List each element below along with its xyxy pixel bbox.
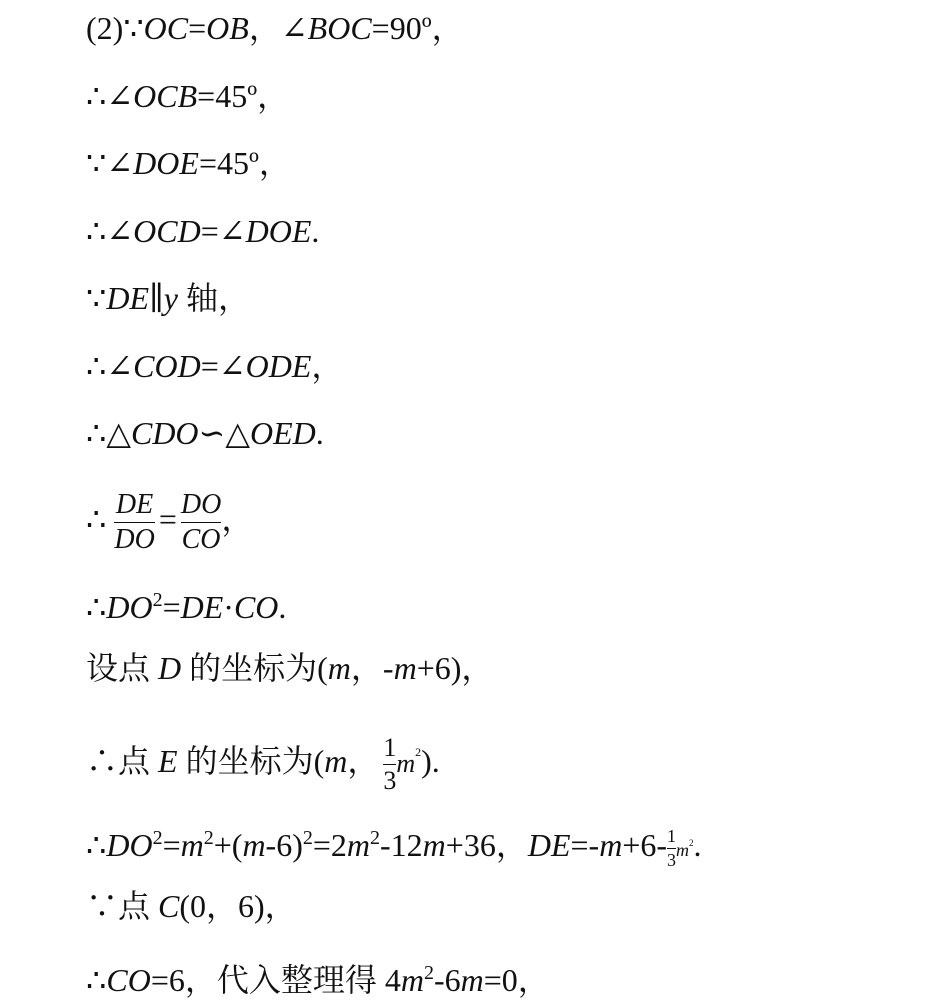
var: m: [328, 650, 351, 686]
text: +36，: [446, 827, 528, 863]
line-11: ∴点 E 的坐标为(m， 1 3 m2).: [86, 712, 440, 792]
text: =: [163, 827, 181, 863]
line-1: (2)∵OC=OB，∠BOC=90º，: [86, 8, 464, 48]
text: ，: [311, 348, 343, 384]
fraction-one-third: 1 3: [667, 826, 676, 870]
similar-symbol: ∽△: [199, 415, 250, 451]
line-3: ∵∠DOE=45º，: [86, 143, 291, 183]
var: DE: [106, 280, 149, 316]
text: =2: [313, 827, 347, 863]
text: =6，代入整理得 4: [151, 962, 401, 998]
line-8: ∴ DE DO = DO CO ，: [86, 484, 253, 554]
text: -6: [434, 962, 461, 998]
exponent: 2: [303, 827, 313, 849]
line-6: ∴∠COD=∠ODE，: [86, 346, 343, 386]
text: ，: [347, 743, 379, 779]
var: OED: [250, 415, 316, 451]
denominator: CO: [181, 524, 221, 556]
var: m: [242, 827, 265, 863]
text: =∠: [201, 348, 246, 384]
text: ∴: [86, 589, 106, 625]
text: ，-: [351, 650, 394, 686]
text: ∴△: [86, 415, 131, 451]
numerator: 1: [667, 826, 676, 847]
var: ODE: [246, 348, 312, 384]
text: ∵点: [86, 888, 158, 924]
var: OCB: [133, 78, 197, 114]
line-7: ∴△CDO∽△OED.: [86, 413, 324, 453]
var: CO: [234, 589, 278, 625]
denominator: DO: [114, 524, 154, 556]
var: m: [347, 827, 370, 863]
fraction-bar: [114, 522, 154, 523]
text: ，∠: [249, 10, 308, 46]
text: 的坐标为(: [178, 743, 325, 779]
text: ∴: [86, 962, 106, 998]
text: ∴点: [86, 743, 158, 779]
var: DE: [181, 589, 224, 625]
var: OC: [144, 10, 188, 46]
text: =∠: [201, 213, 246, 249]
var: m: [394, 650, 417, 686]
parallel-symbol: ∥: [149, 280, 164, 316]
var: CO: [106, 962, 150, 998]
numerator: DE: [114, 489, 154, 521]
var: m: [423, 827, 446, 863]
exponent: 2: [204, 827, 214, 849]
text: =-: [571, 827, 600, 863]
numerator: DO: [181, 489, 221, 521]
fraction-de-over-do: DE DO: [114, 489, 154, 556]
text: .: [316, 415, 324, 451]
text: ∴∠: [86, 78, 133, 114]
fraction-bar: [383, 764, 396, 765]
var: m: [401, 962, 424, 998]
fraction-bar: [667, 848, 676, 849]
exponent: 2: [153, 589, 163, 611]
fraction-bar: [181, 522, 221, 523]
var: DE: [528, 827, 571, 863]
var: DO: [106, 589, 152, 625]
var: m: [396, 749, 415, 778]
line-13: ∵点 C(0，6)，: [86, 886, 297, 926]
line-12: ∴DO2=m2+(m-6)2=2m2-12m+36，DE=-m+6- 1 3 m…: [86, 808, 702, 868]
var: OB: [206, 10, 249, 46]
var: DOE: [133, 145, 199, 181]
text: =: [163, 589, 181, 625]
equals: =: [159, 501, 177, 537]
line-5: ∵DE∥y 轴，: [86, 278, 250, 318]
text: ∵∠: [86, 145, 133, 181]
text: ·: [223, 589, 234, 625]
text: ∴∠: [86, 348, 133, 384]
var: D: [158, 650, 181, 686]
text: -12: [380, 827, 423, 863]
line-4: ∴∠OCD=∠DOE.: [86, 211, 319, 251]
line-9: ∴DO2=DE·CO.: [86, 580, 286, 620]
text: =45º，: [199, 145, 291, 181]
text: =45º，: [197, 78, 289, 114]
var: C: [158, 888, 179, 924]
text: .: [694, 827, 702, 863]
var: m: [461, 962, 484, 998]
text: ).: [421, 743, 440, 779]
text: (2)∵: [86, 10, 144, 46]
text: .: [311, 213, 319, 249]
numerator: 1: [383, 733, 396, 763]
text: ，: [221, 501, 253, 537]
text: (0，6)，: [179, 888, 296, 924]
var: E: [158, 743, 178, 779]
var: m: [676, 840, 689, 860]
var: y: [164, 280, 178, 316]
text: 设点: [86, 650, 158, 686]
text: =90º，: [372, 10, 464, 46]
var: DO: [106, 827, 152, 863]
var: m: [599, 827, 622, 863]
var: OCD: [133, 213, 201, 249]
var: m: [181, 827, 204, 863]
exponent: 2: [370, 827, 380, 849]
fraction-one-third: 1 3: [383, 733, 396, 796]
denominator: 3: [667, 850, 676, 871]
text: ∴∠: [86, 213, 133, 249]
var: BOC: [308, 10, 372, 46]
var: COD: [133, 348, 201, 384]
var: CDO: [131, 415, 199, 451]
var: m: [324, 743, 347, 779]
text: =0，: [484, 962, 550, 998]
text: +6)，: [417, 650, 494, 686]
text: ∴: [86, 827, 106, 863]
line-2: ∴∠OCB=45º，: [86, 76, 289, 116]
text: +6-: [622, 827, 667, 863]
text: =: [188, 10, 206, 46]
text: ∴: [86, 501, 106, 537]
denominator: 3: [383, 766, 396, 796]
var: DOE: [246, 213, 312, 249]
fraction-do-over-co: DO CO: [181, 489, 221, 556]
text: ∵: [86, 280, 106, 316]
text: +(: [214, 827, 243, 863]
text: .: [278, 589, 286, 625]
text: 的坐标为(: [181, 650, 328, 686]
text: -6): [266, 827, 303, 863]
exponent: 2: [153, 827, 163, 849]
text: 轴，: [178, 280, 250, 316]
line-14: ∴CO=6，代入整理得 4m2-6m=0，: [86, 953, 550, 993]
line-10: 设点 D 的坐标为(m，-m+6)，: [86, 648, 493, 688]
exponent: 2: [424, 962, 434, 984]
